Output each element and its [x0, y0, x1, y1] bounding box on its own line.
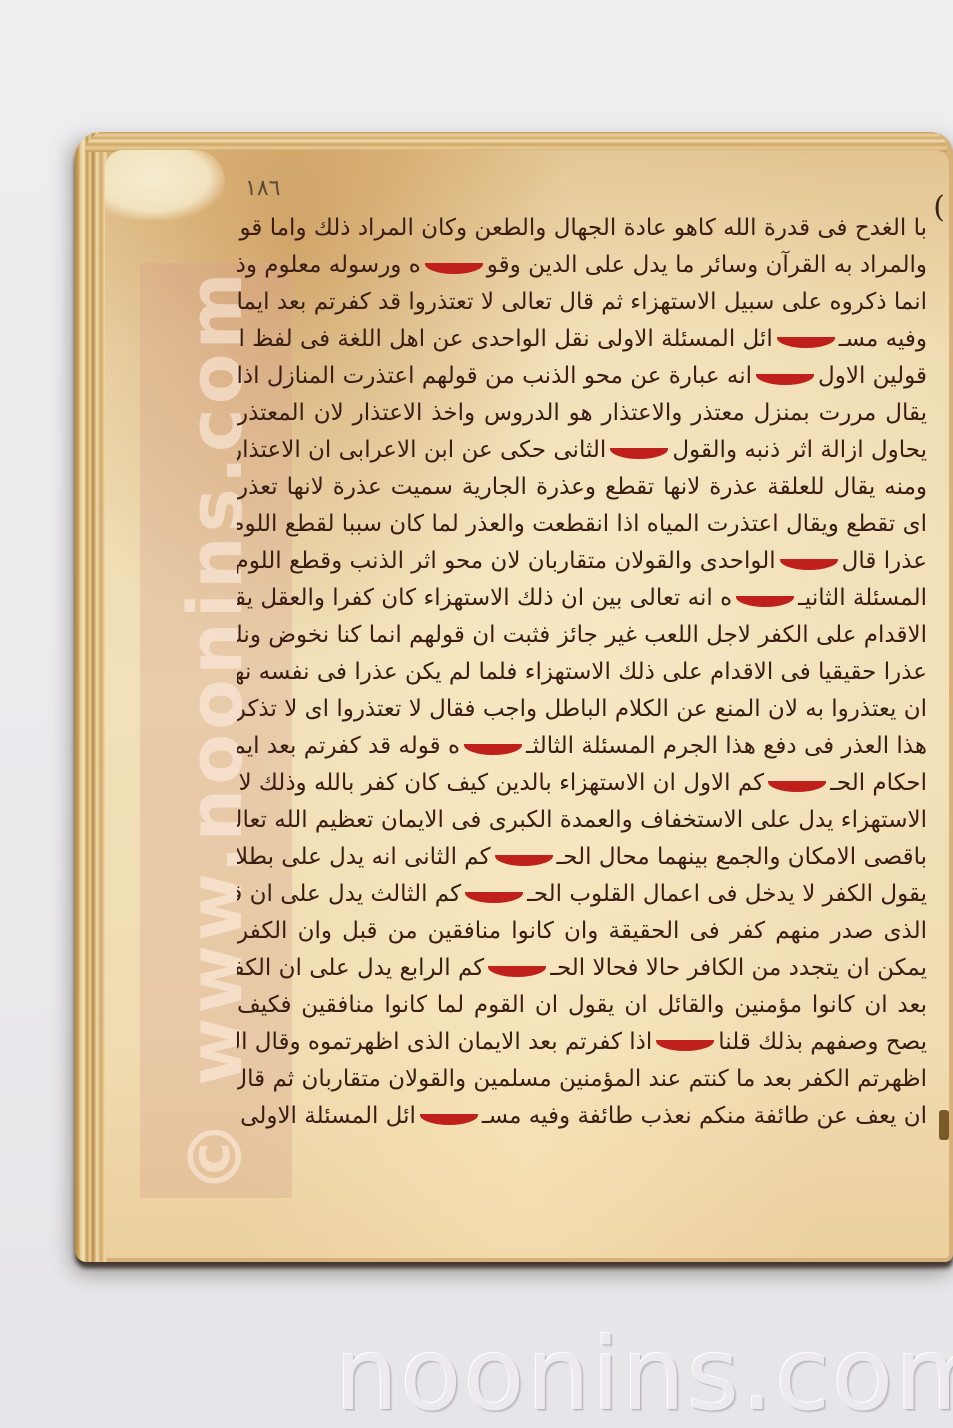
- line-text: قولين الاول: [818, 363, 927, 389]
- line-text: انه عبارة عن محو الذنب من قولهم اعتذرت ا…: [237, 363, 752, 389]
- line-text: يمكن ان يتجدد من الكافر حالا فحالا الحـ: [550, 955, 927, 981]
- line-text: ه ورسوله معلوم وذلك يدل على العموم: [237, 252, 421, 278]
- manuscript-line: والمراد به القرآن وسائر ما يدل على الدين…: [237, 247, 927, 284]
- manuscript-page: ١٨٦ ( © www.noonins.com با الغدح فى قدرة…: [105, 150, 949, 1258]
- line-text: يصح وصفهم بذلك قلنا: [718, 1029, 927, 1055]
- line-text: ائل المسئلة الاولى نقل الواحدى عن اهل ال…: [237, 326, 773, 352]
- line-text: وفيه مسـ: [839, 326, 927, 352]
- manuscript-line: هذا العذر فى دفع هذا الجرم المسئلة الثال…: [237, 728, 927, 765]
- line-text: با الغدح فى قدرة الله كاهو عادة الجهال و…: [240, 215, 927, 241]
- manuscript-line: يقال مررت بمنزل معتذر والاعتذار هو الدرو…: [237, 395, 927, 432]
- manuscript-text-block: با الغدح فى قدرة الله كاهو عادة الجهال و…: [237, 210, 927, 1135]
- red-rubric-mark: [768, 781, 826, 792]
- line-text: يحاول ازالة اثر ذنبه والقول: [672, 437, 927, 463]
- line-text: والمراد به القرآن وسائر ما يدل على الدين…: [487, 252, 927, 278]
- manuscript-line: وفيه مسـائل المسئلة الاولى نقل الواحدى ع…: [237, 321, 927, 358]
- red-rubric-mark: [464, 744, 522, 755]
- line-text: الواحدى والقولان متقاربان لان محو اثر ال…: [237, 548, 776, 574]
- line-text: عذرا قال: [842, 548, 927, 574]
- manuscript-line: يمكن ان يتجدد من الكافر حالا فحالا الحـك…: [237, 950, 927, 987]
- manuscript-line: المسئلة الثانيـه انه تعالى بين ان ذلك ال…: [237, 580, 927, 617]
- red-rubric-mark: [465, 892, 523, 903]
- red-rubric-mark: [780, 559, 838, 570]
- manuscript-line: ومنه يقال للعلقة عذرة لانها تقطع وعذرة ا…: [237, 469, 927, 506]
- manuscript-line: انما ذكروه على سبيل الاستهزاء ثم قال تعا…: [237, 284, 927, 321]
- line-text: بعد ان كانوا مؤمنين والقائل ان يقول ان ا…: [237, 992, 927, 1018]
- line-text: كم الثانى انه يدل على بطلان قول من: [237, 844, 491, 870]
- line-text: اظهرتم الكفر بعد ما كنتم عند المؤمنين مس…: [237, 1066, 927, 1092]
- manuscript-line: اظهرتم الكفر بعد ما كنتم عند المؤمنين مس…: [237, 1061, 927, 1098]
- top-page-edges: [85, 132, 947, 152]
- manuscript-line: يحاول ازالة اثر ذنبه والقولالثانى حكى عن…: [237, 432, 927, 469]
- manuscript-line: اى تقطع ويقال اعتذرت المياه اذا انقطعت و…: [237, 506, 927, 543]
- line-text: اى تقطع ويقال اعتذرت المياه اذا انقطعت و…: [237, 511, 927, 537]
- line-text: يقال مررت بمنزل معتذر والاعتذار هو الدرو…: [237, 400, 927, 426]
- line-text: عذرا حقيقيا فى الاقدام على ذلك الاستهزاء…: [237, 659, 927, 685]
- line-text: كم الثالث يدل على ان قولهم: [237, 881, 461, 907]
- manuscript-line: يصح وصفهم بذلك قلنااذا كفرتم بعد الايمان…: [237, 1024, 927, 1061]
- line-text: المسئلة الثانيـ: [798, 585, 927, 611]
- red-rubric-mark: [756, 374, 814, 385]
- manuscript-line: احكام الحـكم الاول ان الاستهزاء بالدين ك…: [237, 765, 927, 802]
- line-text: ه انه تعالى بين ان ذلك الاستهزاء كان كفر…: [237, 585, 732, 611]
- manuscript-line: عذرا قالالواحدى والقولان متقاربان لان مح…: [237, 543, 927, 580]
- line-text: هذا العذر فى دفع هذا الجرم المسئلة الثال…: [526, 733, 927, 759]
- line-text: ان يعف عن طائفة منكم نعذب طائفة وفيه مسـ: [482, 1103, 927, 1129]
- line-text: احكام الحـ: [830, 770, 927, 796]
- red-rubric-mark: [495, 855, 553, 866]
- line-text: ومنه يقال للعلقة عذرة لانها تقطع وعذرة ا…: [237, 474, 927, 500]
- line-text: ائل المسئلة الاولى واعاصم: [237, 1103, 416, 1129]
- manuscript-line: بعد ان كانوا مؤمنين والقائل ان يقول ان ا…: [237, 987, 927, 1024]
- line-text: ان يعتذروا به لان المنع عن الكلام الباطل…: [237, 696, 927, 722]
- manuscript-line: ان يعف عن طائفة منكم نعذب طائفة وفيه مسـ…: [237, 1098, 927, 1135]
- manuscript-line: الاقدام على الكفر لاجل اللعب غير جائز فث…: [237, 617, 927, 654]
- manuscript-line: عذرا حقيقيا فى الاقدام على ذلك الاستهزاء…: [237, 654, 927, 691]
- line-text: الذى صدر منهم كفر فى الحقيقة وان كانوا م…: [237, 918, 927, 944]
- manuscript-line: يقول الكفر لا يدخل فى اعمال القلوب الحـك…: [237, 876, 927, 913]
- line-text: انما ذكروه على سبيل الاستهزاء ثم قال تعا…: [237, 289, 927, 315]
- red-rubric-mark: [488, 966, 546, 977]
- stacked-page-edges: [75, 132, 109, 1262]
- edge-stain: [939, 1110, 949, 1140]
- red-rubric-mark: [736, 596, 794, 607]
- red-rubric-mark: [656, 1040, 714, 1051]
- manuscript-line: الذى صدر منهم كفر فى الحقيقة وان كانوا م…: [237, 913, 927, 950]
- line-text: اذا كفرتم بعد الايمان الذى اظهرتموه وقال…: [237, 1029, 652, 1055]
- manuscript-line: با الغدح فى قدرة الله كاهو عادة الجهال و…: [237, 210, 927, 247]
- line-text: الاقدام على الكفر لاجل اللعب غير جائز فث…: [237, 622, 927, 648]
- manuscript-line: ان يعتذروا به لان المنع عن الكلام الباطل…: [237, 691, 927, 728]
- line-text: كم الرابع يدل على ان الكفر انما حدث: [237, 955, 484, 981]
- line-text: باقصى الامكان والجمع بينهما محال الحـ: [557, 844, 927, 870]
- line-text: كم الاول ان الاستهزاء بالدين كيف كان كفر…: [237, 770, 764, 796]
- page-number: ١٨٦: [245, 176, 280, 201]
- margin-mark: (: [933, 190, 945, 225]
- bottom-watermark: noonins.com: [335, 1325, 950, 1425]
- line-text: الثانى حكى عن ابن الاعرابى ان الاعتذار ه…: [237, 437, 606, 463]
- torn-corner: [105, 150, 225, 220]
- manuscript-line: الاستهزاء يدل على الاستخفاف والعمدة الكب…: [237, 802, 927, 839]
- manuscript-line: باقصى الامكان والجمع بينهما محال الحـكم …: [237, 839, 927, 876]
- red-rubric-mark: [610, 448, 668, 459]
- line-text: ه قوله قد كفرتم بعد ايمانكم يدل على: [237, 733, 460, 759]
- manuscript-line: قولين الاولانه عبارة عن محو الذنب من قول…: [237, 358, 927, 395]
- red-rubric-mark: [777, 337, 835, 348]
- manuscript-book: ١٨٦ ( © www.noonins.com با الغدح فى قدرة…: [75, 132, 953, 1262]
- red-rubric-mark: [420, 1114, 478, 1125]
- line-text: يقول الكفر لا يدخل فى اعمال القلوب الحـ: [527, 881, 927, 907]
- red-rubric-mark: [425, 263, 483, 274]
- line-text: الاستهزاء يدل على الاستخفاف والعمدة الكب…: [237, 807, 927, 833]
